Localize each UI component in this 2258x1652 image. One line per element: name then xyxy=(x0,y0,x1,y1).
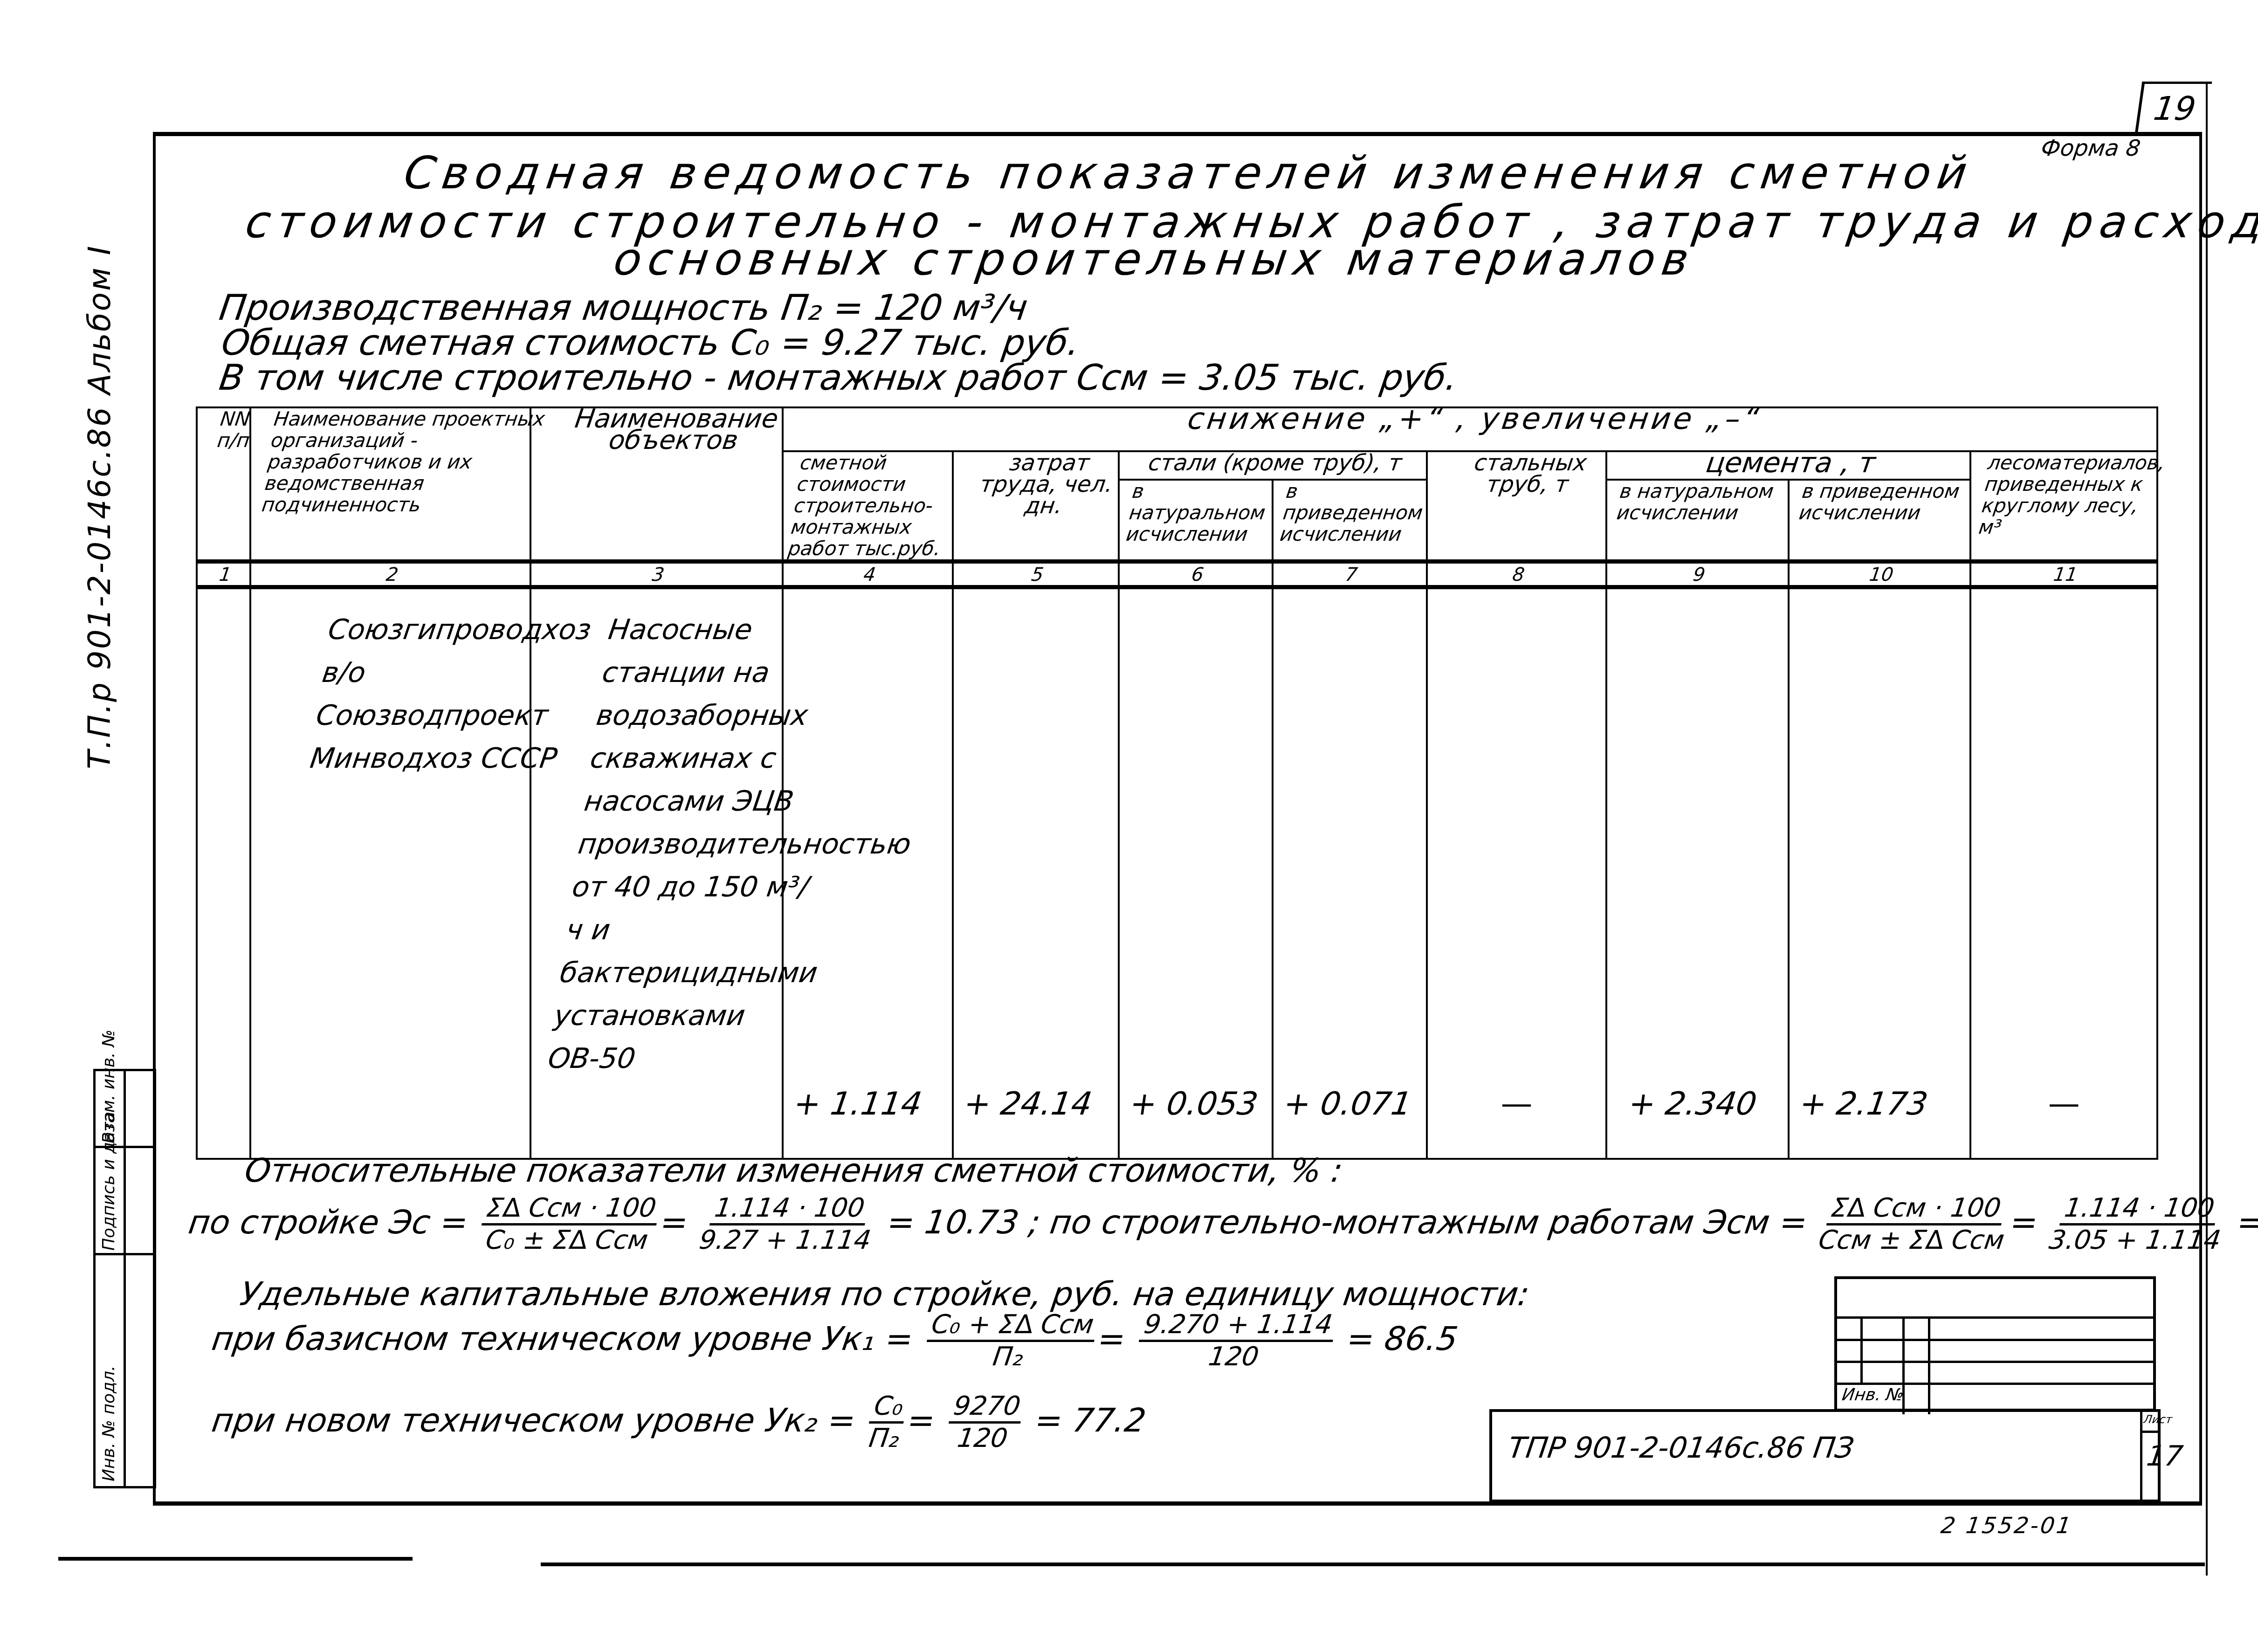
header-group-steel: стали (кроме труб), т xyxy=(1119,451,1431,480)
fraction-denominator: Ссм ± Σ∆ Ссм xyxy=(1817,1225,2006,1255)
by-works-result: = 26.75 xyxy=(2235,1203,2258,1241)
header-col-3: Наименование объектов xyxy=(530,407,804,562)
fraction-numerator: 1.114 · 100 xyxy=(709,1193,869,1225)
sheet-label: Лист xyxy=(2143,1413,2173,1426)
fraction-denominator: 120 xyxy=(1207,1342,1261,1372)
col-number: 10 xyxy=(1789,562,1974,587)
by-site-formula: по стройке Эс = Σ∆ Ссм · 100 С₀ ± Σ∆ Ссм… xyxy=(184,1193,2258,1255)
relative-heading: Относительные показатели изменения сметн… xyxy=(242,1151,1345,1190)
side-album-code: Т.П.р 901-2-0146с.86 Альбом I xyxy=(82,245,117,769)
header-col-8: стальных труб, т xyxy=(1427,451,1622,562)
form-label: Форма 8 xyxy=(2039,135,2142,161)
scan-edge-line xyxy=(541,1563,2205,1566)
fraction-denominator: П₂ xyxy=(867,1424,902,1453)
new-result: = 77.2 xyxy=(1033,1401,1148,1439)
table-row: Союзгипроводхоз в/о Союзводпроект Минвод… xyxy=(197,587,2157,1159)
fraction-numerator: 1.114 · 100 xyxy=(2059,1193,2219,1225)
basic-symbolic-fraction: С₀ + Σ∆ Ссм П₂ xyxy=(922,1310,1099,1372)
basic-value-fraction: 9.270 + 1.114 120 xyxy=(1135,1310,1337,1372)
col-number: 7 xyxy=(1273,562,1430,587)
inventory-number-label: Инв. № xyxy=(1841,1385,1905,1404)
title-line-3: основных строительных материалов xyxy=(611,233,1699,285)
by-works-symbolic-fraction: Σ∆ Ссм · 100 Ссм ± Σ∆ Ссм xyxy=(1817,1193,2010,1255)
header-col-10: в приведенном исчислении xyxy=(1789,480,1982,562)
summary-table: NN п/п Наименование проектных организаци… xyxy=(196,406,2158,1160)
fraction-denominator: 9.27 + 1.114 xyxy=(697,1225,873,1255)
fraction-numerator: 9270 xyxy=(949,1391,1025,1424)
col-number: 3 xyxy=(530,562,786,587)
title-block: Инв. № ТПР 901-2-0146с.86 ПЗ Лист 17 xyxy=(1489,1276,2161,1505)
header-group-cement: цемента , т xyxy=(1606,451,1975,480)
fraction-numerator: Σ∆ Ссм · 100 xyxy=(482,1193,661,1225)
signature-date-label: Подпись и дата xyxy=(99,1112,118,1251)
new-value-fraction: 9270 120 xyxy=(944,1391,1025,1453)
document-code: ТПР 901-2-0146с.86 ПЗ xyxy=(1506,1431,1856,1465)
sheet-number: 17 xyxy=(2145,1440,2185,1473)
fraction-numerator: 9.270 + 1.114 xyxy=(1139,1310,1337,1342)
header-col-9: в натуральном исчислении xyxy=(1606,480,1800,562)
fraction-denominator: 120 xyxy=(956,1424,1010,1453)
col-number: 1 xyxy=(197,562,254,587)
scan-edge-line xyxy=(58,1557,413,1561)
fraction-denominator: С₀ ± Σ∆ Ссм xyxy=(484,1225,650,1255)
header-col-11: лесоматериалов, приведенных к круглому л… xyxy=(1970,451,2173,562)
col-number: 9 xyxy=(1606,562,1792,587)
left-approval-strip: Взам. инв. № Подпись и дата Инв. № подл. xyxy=(93,1069,156,1488)
header-col-2: Наименование проектных организаций - раз… xyxy=(250,407,552,562)
title-line-1: Сводная ведомость показателей изменения … xyxy=(401,147,1977,199)
construction-cost-line: В том числе строительно - монтажных рабо… xyxy=(217,357,1460,398)
col-number: 5 xyxy=(953,562,1122,587)
basic-result: = 86.5 xyxy=(1344,1320,1460,1358)
header-col-6: в натуральном исчислении xyxy=(1119,480,1284,562)
revision-grid: Инв. № xyxy=(1834,1276,2156,1411)
fraction-numerator: Σ∆ Ссм · 100 xyxy=(1826,1193,2006,1225)
original-inventory-label: Инв. № подл. xyxy=(99,1366,118,1481)
header-group-change: снижение „+“ , увеличение „–“ xyxy=(783,407,2163,451)
archive-number: 2 1552-01 xyxy=(1939,1513,2074,1539)
outer-border-line xyxy=(2206,84,2208,1576)
basic-level-formula: при базисном техническом уровне Ук₁ = С₀… xyxy=(207,1310,1461,1372)
document-code-box: ТПР 901-2-0146с.86 ПЗ Лист 17 xyxy=(1489,1409,2161,1502)
fraction-numerator: С₀ + Σ∆ Ссм xyxy=(927,1310,1099,1342)
page-number: 19 xyxy=(2135,82,2212,133)
new-level-formula: при новом техническом уровне Ук₂ = С₀ П₂… xyxy=(207,1391,1150,1453)
by-site-label: по стройке Эс = xyxy=(186,1203,470,1241)
by-works-label: по строительно-монтажным работам Эсм = xyxy=(1047,1203,1810,1241)
by-site-symbolic-fraction: Σ∆ Ссм · 100 С₀ ± Σ∆ Ссм xyxy=(477,1193,661,1255)
col-number: 2 xyxy=(250,562,534,587)
header-col-4: сметной стоимости строительно-монтажных … xyxy=(783,451,969,562)
column-number-row: 1 2 3 4 5 6 7 8 9 10 11 xyxy=(197,562,2157,587)
by-site-value-fraction: 1.114 · 100 9.27 + 1.114 xyxy=(697,1193,877,1255)
basic-label: при базисном техническом уровне Ук₁ = xyxy=(209,1320,916,1358)
new-symbolic-fraction: С₀ П₂ xyxy=(865,1391,908,1453)
specific-heading: Удельные капитальные вложения по стройке… xyxy=(238,1275,1532,1313)
new-label: при новом техническом уровне Ук₂ = xyxy=(209,1401,858,1439)
col-number: 4 xyxy=(783,562,957,587)
fraction-denominator: П₂ xyxy=(991,1342,1026,1372)
header-col-7: в приведенном исчислении xyxy=(1273,480,1438,562)
by-site-result: = 10.73 ; xyxy=(885,1203,1043,1241)
col-number: 6 xyxy=(1119,562,1276,587)
by-works-value-fraction: 1.114 · 100 3.05 + 1.114 xyxy=(2047,1193,2227,1255)
header-col-5: затрат труда, чел. дн. xyxy=(953,451,1134,562)
col-number: 11 xyxy=(1970,562,2161,587)
col-number: 8 xyxy=(1427,562,1610,587)
row-number xyxy=(197,587,250,1159)
fraction-denominator: 3.05 + 1.114 xyxy=(2047,1225,2223,1255)
fraction-numerator: С₀ xyxy=(869,1391,908,1424)
